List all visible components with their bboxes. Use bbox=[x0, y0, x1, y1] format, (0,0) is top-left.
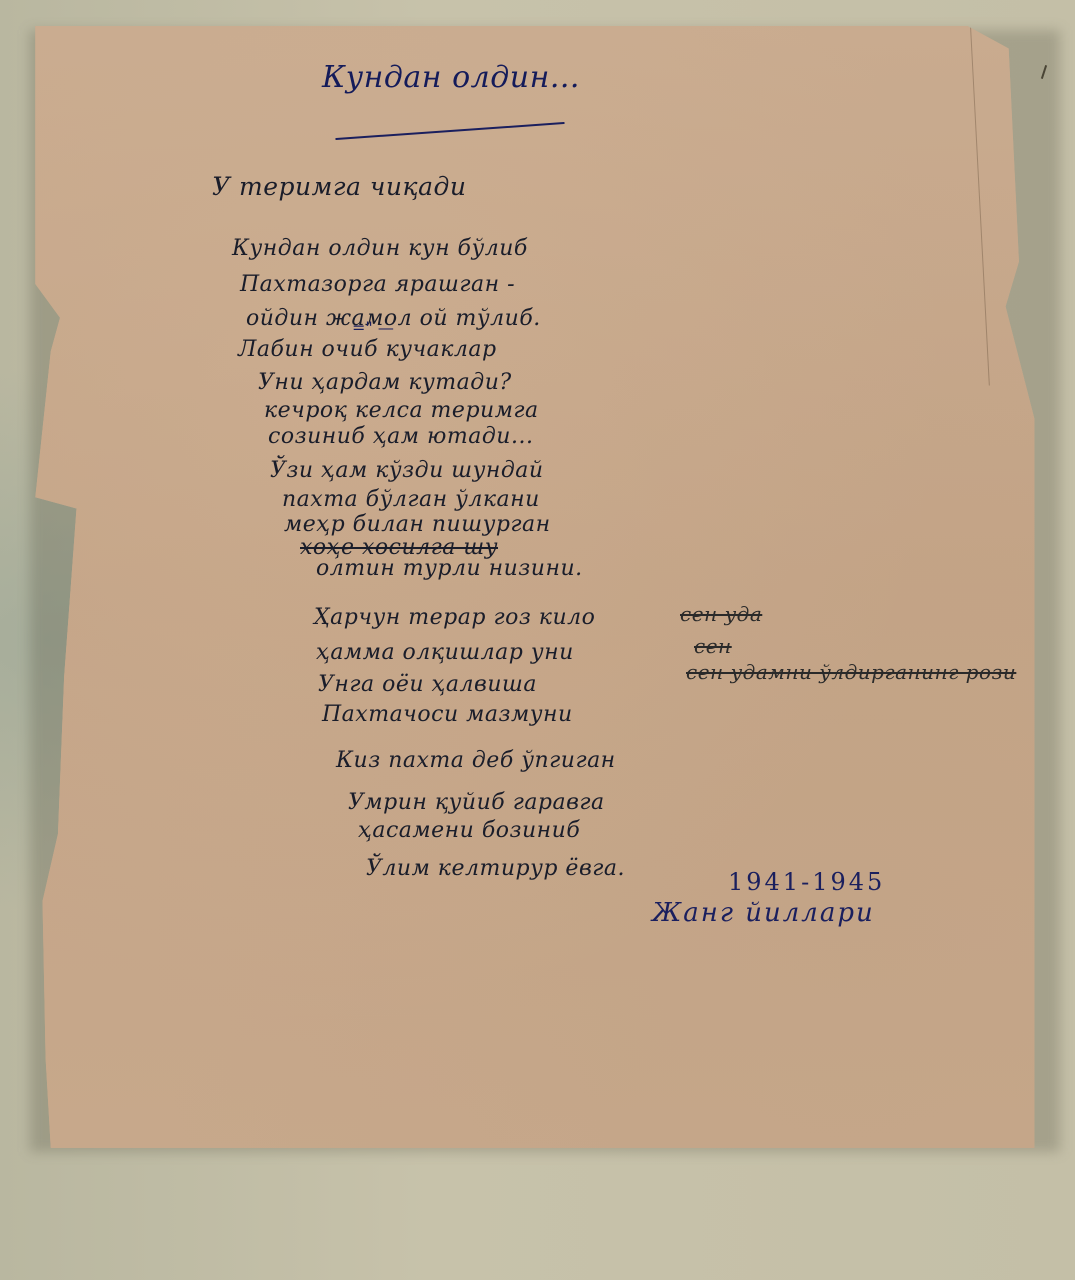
date-label: Жанг йиллари bbox=[652, 898, 875, 928]
poem-line: кечроқ келса теримга bbox=[264, 398, 539, 423]
poem-line: Умрин қуйиб гаравга bbox=[348, 790, 605, 815]
margin-note-struck: сен удамни ўлдирганинг рози bbox=[686, 660, 1016, 684]
poem-line: олтин турли низини. bbox=[316, 556, 583, 581]
poem-line: Пахтачоси мазмуни bbox=[322, 702, 573, 727]
ruled-lines bbox=[65, 26, 1035, 1148]
poem-line: Кундан олдин кун бўлиб bbox=[232, 236, 528, 261]
poem-line: меҳр билан пишурган bbox=[284, 512, 551, 537]
poem-line: Киз пахта деб ўпгиган bbox=[336, 748, 616, 773]
poem-title: Кундан олдин... bbox=[322, 60, 580, 95]
poem-line: Пахтазорга ярашган - bbox=[240, 272, 515, 297]
correction-mark: =" — bbox=[352, 318, 394, 337]
margin-note-struck: сен bbox=[694, 634, 732, 658]
poem-line: Ҳарчун терар гоз кило bbox=[314, 605, 595, 630]
poem-line: пахта бўлган ўлкани bbox=[282, 487, 540, 512]
poem-line: Уни ҳардам кутади? bbox=[258, 370, 512, 395]
manuscript-page bbox=[25, 26, 1055, 1148]
poem-line: Унга оёи ҳалвиша bbox=[318, 672, 537, 697]
date-years: 1941-1945 bbox=[728, 868, 885, 896]
poem-line: ҳамма олқишлар уни bbox=[316, 640, 574, 665]
poem-subtitle: У теримга чиқади bbox=[212, 172, 466, 201]
poem-line: Лабин очиб кучаклар bbox=[238, 337, 497, 362]
poem-line: созиниб ҳам ютади... bbox=[268, 424, 533, 449]
poem-line: ҳасамени бозиниб bbox=[358, 818, 580, 843]
poem-line: Ўзи ҳам кўзди шундай bbox=[270, 458, 544, 483]
poem-line: Ўлим келтирур ёвга. bbox=[366, 856, 625, 881]
margin-note-struck: сен уда bbox=[680, 602, 762, 626]
